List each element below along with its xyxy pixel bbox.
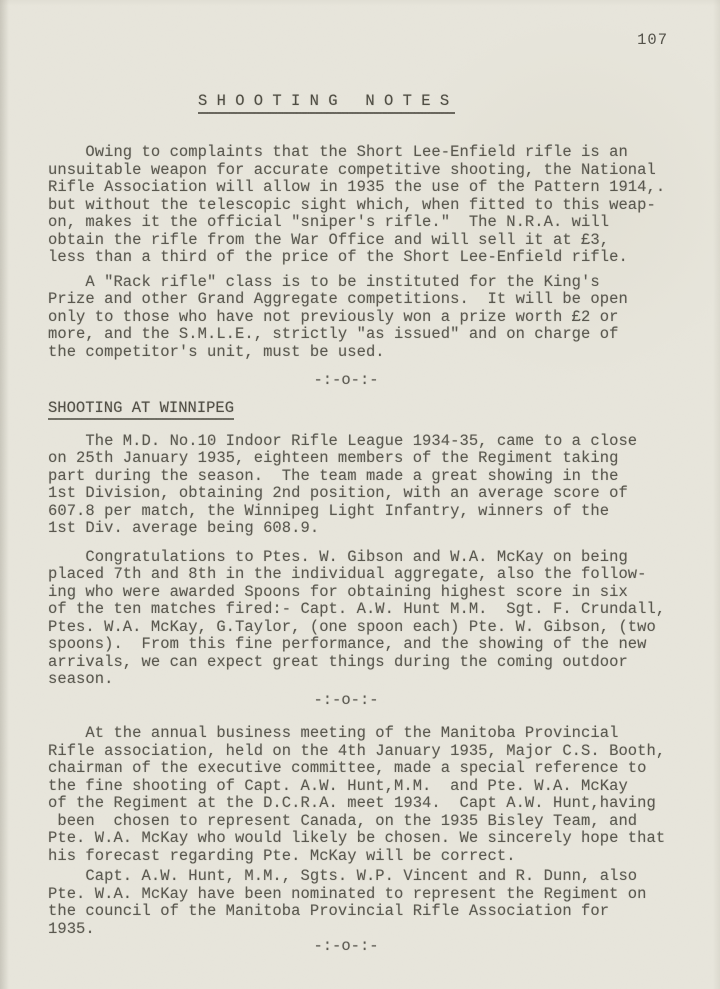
section-separator: -:-o-:- (48, 692, 672, 710)
page-title: S H O O T I N G N O T E S (198, 92, 455, 114)
section-separator: -:-o-:- (48, 938, 672, 956)
paragraph-rack-rifle-class: A "Rack rifle" class is to be instituted… (48, 274, 672, 362)
section-heading-shooting-at-winnipeg: SHOOTING AT WINNIPEG (48, 399, 234, 420)
page-number: 107 (637, 31, 668, 49)
paragraph-annual-business-meeting: At the annual business meeting of the Ma… (48, 725, 672, 865)
paragraph-congratulations-spoons: Congratulations to Ptes. W. Gibson and W… (48, 549, 672, 689)
paragraph-council-nominations: Capt. A.W. Hunt, M.M., Sgts. W.P. Vincen… (48, 868, 672, 938)
winnipeg-heading-row: SHOOTING AT WINNIPEG (48, 390, 672, 420)
section-separator: -:-o-:- (48, 372, 672, 390)
document-page: 107 S H O O T I N G N O T E S Owing to c… (0, 0, 720, 989)
paragraph-indoor-rifle-league: The M.D. No.10 Indoor Rifle League 1934-… (48, 433, 672, 538)
paragraph-lee-enfield-rifle: Owing to complaints that the Short Lee-E… (48, 144, 672, 267)
title-row: S H O O T I N G N O T E S (48, 0, 672, 114)
